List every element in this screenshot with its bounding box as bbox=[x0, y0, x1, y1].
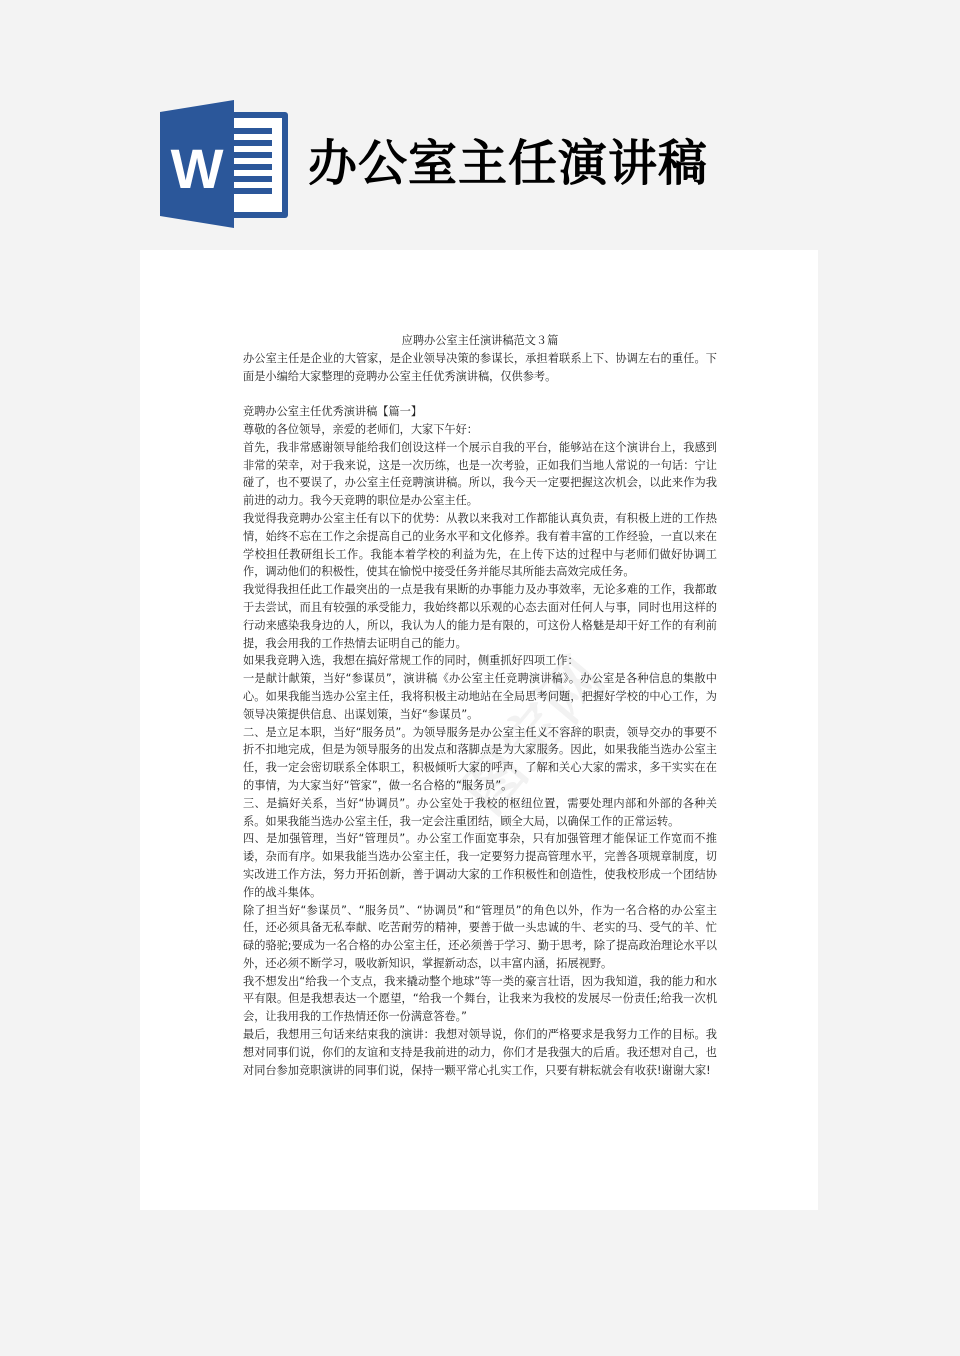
paragraph: 如果我竞聘入选，我想在搞好常规工作的同时，侧重抓好四项工作： bbox=[243, 652, 717, 670]
document-content: 应聘办公室主任演讲稿范文３篇 办公室主任是企业的大管家，是企业领导决策的参谋长，… bbox=[243, 332, 717, 1079]
document-heading: 应聘办公室主任演讲稿范文３篇 bbox=[243, 332, 717, 350]
svg-text:W: W bbox=[171, 137, 224, 200]
paragraph: 我觉得我竞聘办公室主任有以下的优势：从教以来我对工作都能认真负责，有积极上进的工… bbox=[243, 510, 717, 581]
paragraph: 一是献计献策，当好“参谋员”，演讲稿《办公室主任竞聘演讲稿》。办公室是各种信息的… bbox=[243, 670, 717, 723]
document-page: 图宝网 应聘办公室主任演讲稿范文３篇 办公室主任是企业的大管家，是企业领导决策的… bbox=[140, 250, 818, 1210]
document-title: 办公室主任演讲稿 bbox=[308, 132, 708, 196]
paragraph: 办公室主任是企业的大管家，是企业领导决策的参谋长，承担着联系上下、协调左右的重任… bbox=[243, 350, 717, 386]
section-heading: 竞聘办公室主任优秀演讲稿【篇一】 bbox=[243, 403, 717, 421]
paragraph: 尊敬的各位领导，亲爱的老师们，大家下午好： bbox=[243, 421, 717, 439]
word-document-icon: W bbox=[158, 98, 290, 230]
paragraph: 二、是立足本职，当好“服务员”。为领导服务是办公室主任义不容辞的职责，领导交办的… bbox=[243, 724, 717, 795]
paragraph: 我不想发出“给我一个支点，我来撬动整个地球”等一类的豪言壮语，因为我知道，我的能… bbox=[243, 973, 717, 1026]
header: W 办公室主任演讲稿 bbox=[158, 98, 858, 230]
paragraph: 除了担当好“参谋员”、“服务员”、“协调员”和“管理员”的角色以外，作为一名合格… bbox=[243, 902, 717, 973]
paragraph: 我觉得我担任此工作最突出的一点是我有果断的办事能力及办事效率，无论多难的工作，我… bbox=[243, 581, 717, 652]
paragraph: 首先，我非常感谢领导能给我们创设这样一个展示自我的平台，能够站在这个演讲台上，我… bbox=[243, 439, 717, 510]
paragraph: 四、是加强管理，当好“管理员”。办公室工作面宽事杂，只有加强管理才能保证工作宽而… bbox=[243, 830, 717, 901]
paragraph: 最后，我想用三句话来结束我的演讲：我想对领导说，你们的严格要求是我努力工作的目标… bbox=[243, 1026, 717, 1079]
blank-line bbox=[243, 385, 717, 403]
paragraph: 三、是搞好关系，当好“协调员”。办公室处于我校的枢纽位置，需要处理内部和外部的各… bbox=[243, 795, 717, 831]
